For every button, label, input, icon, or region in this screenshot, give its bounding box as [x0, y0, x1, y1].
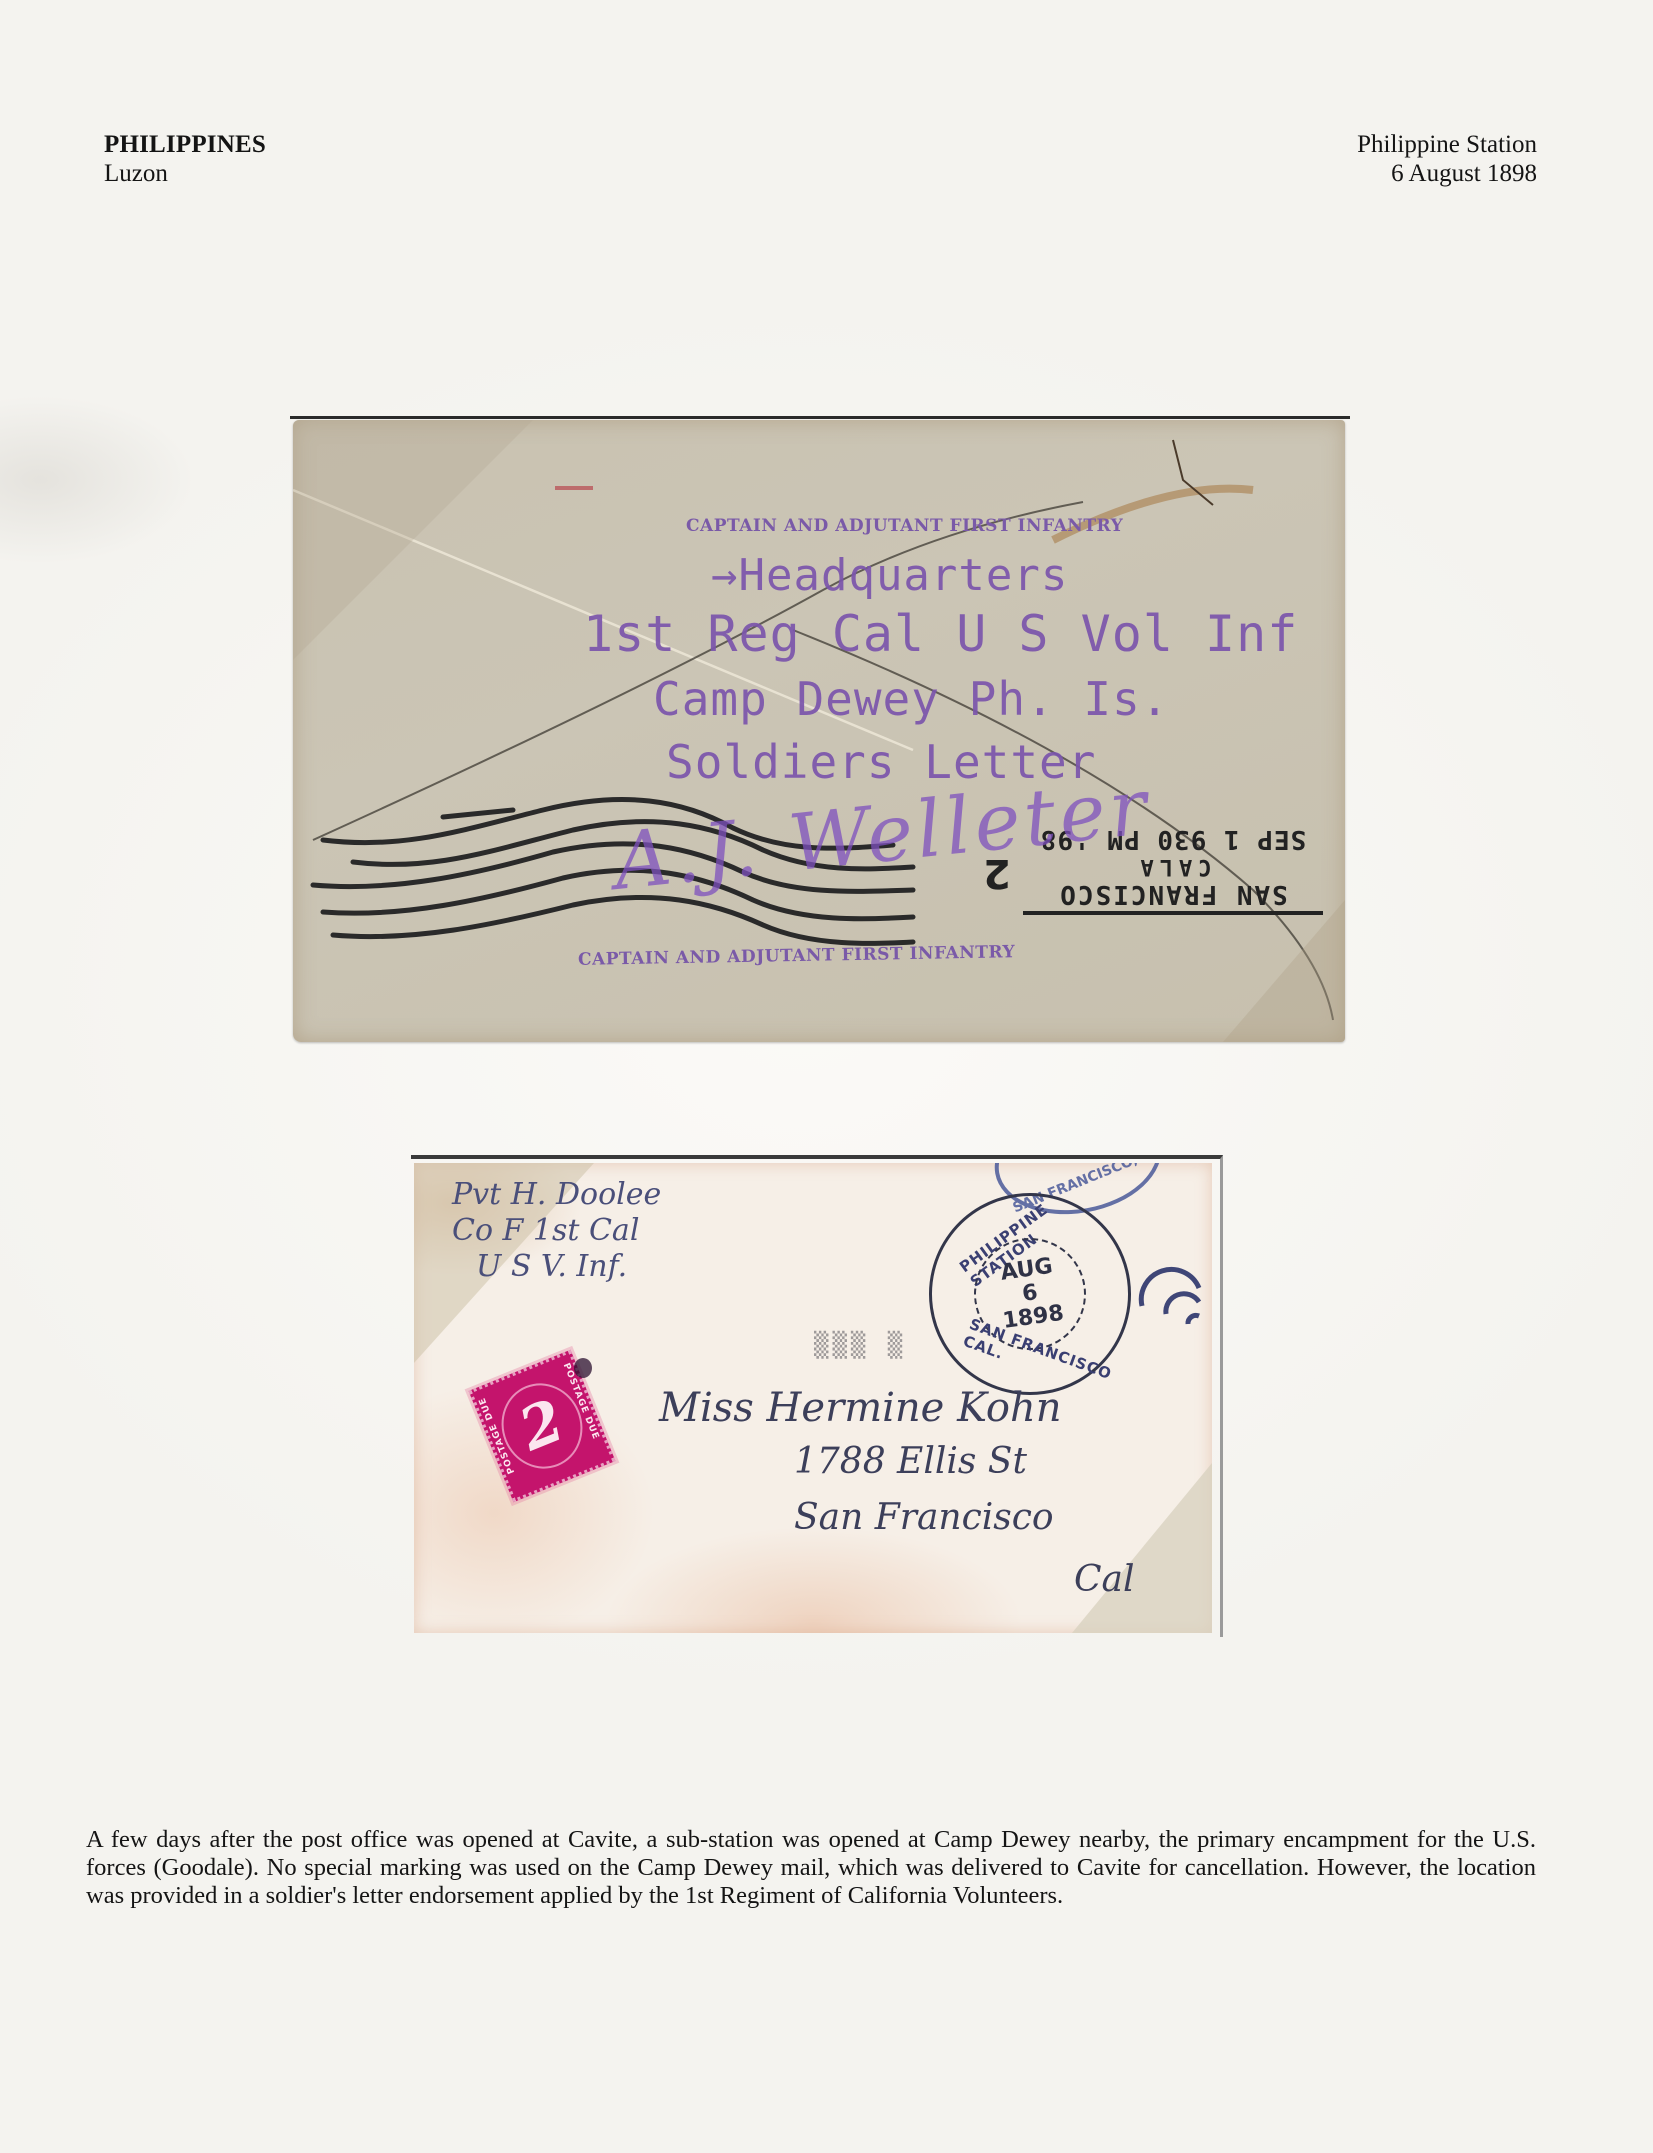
handstamp-line-regiment: 1st Reg Cal U S Vol Inf	[583, 605, 1298, 663]
handstamp-line-camp-dewey: Camp Dewey Ph. Is.	[653, 672, 1170, 726]
photo-corner-bottom-right	[1072, 1463, 1212, 1633]
cover-back-envelope: CAPTAIN AND ADJUTANT FIRST INFANTRY →Hea…	[293, 420, 1345, 1042]
mount-strip-top	[290, 416, 1350, 419]
postage-due-stamp: 2 POSTAGE DUE POSTAGE DUE	[469, 1350, 616, 1502]
target-killer-arcs	[1134, 1258, 1204, 1328]
country-title: PHILIPPINES	[104, 130, 266, 159]
handstamp-line-headquarters: →Headquarters	[711, 550, 1068, 601]
handstamp-captain-top: CAPTAIN AND ADJUTANT FIRST INFANTRY	[686, 516, 1123, 536]
exhibit-caption: A few days after the post office was ope…	[86, 1826, 1536, 1910]
recipient-name: Miss Hermine Kohn	[659, 1383, 1061, 1433]
cover-front-envelope: Pvt H. Doolee Co F 1st Cal U S V. Inf. S…	[414, 1163, 1212, 1633]
cancel-city: SAN FRANCISCO	[1023, 879, 1323, 915]
page-header-right: Philippine Station 6 August 1898	[1357, 130, 1537, 188]
ink-cancel-blot	[574, 1358, 592, 1378]
philippine-station-postmark: PHILIPPINE STATION AUG 6 1898 SAN FRANCI…	[916, 1180, 1144, 1408]
return-address: Pvt H. Doolee Co F 1st Cal U S V. Inf.	[452, 1177, 661, 1285]
recipient-city: San Francisco	[794, 1493, 1054, 1543]
region-subtitle: Luzon	[104, 159, 266, 188]
date-subtitle: 6 August 1898	[1357, 159, 1537, 188]
station-title: Philippine Station	[1357, 130, 1537, 159]
recipient-street: 1788 Ellis St	[794, 1437, 1027, 1487]
return-address-line: Pvt H. Doolee	[452, 1177, 661, 1213]
recipient-state: Cal	[1074, 1555, 1135, 1605]
return-address-line: Co F 1st Cal	[452, 1213, 661, 1249]
page-header-left: PHILIPPINES Luzon	[104, 130, 266, 188]
faint-dotted-marking: ▒▒▒ ▒	[814, 1331, 906, 1359]
return-address-line: U S V. Inf.	[452, 1249, 661, 1285]
